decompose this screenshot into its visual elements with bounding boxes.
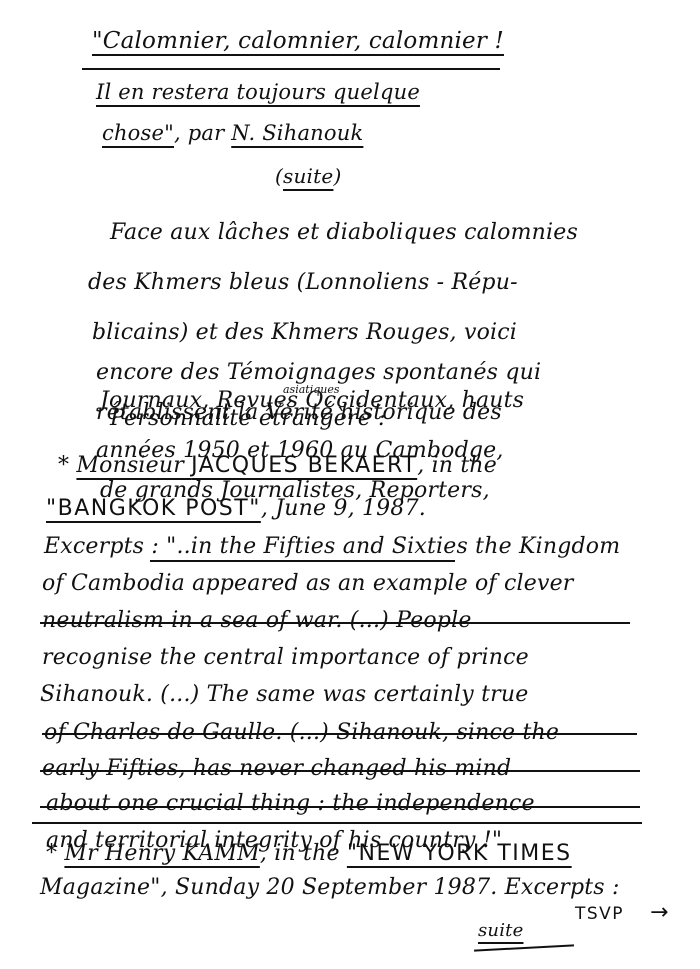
entry1-excerpt-line: of Cambodia appeared as an example of cl…	[42, 573, 574, 595]
signature-underline	[474, 944, 574, 951]
entry1-excerpt-line-1: Excerpts : "..in the Fifties and Sixties…	[44, 536, 620, 558]
entry1-excerpt-line: about one crucial thing : the independen…	[46, 793, 535, 815]
entry2-magazine: Magazine"	[40, 875, 161, 900]
excerpts-label: Excerpts :	[44, 534, 159, 559]
intro-line: blicains) et des Khmers Rouges, voici	[92, 322, 517, 344]
underline	[40, 806, 640, 808]
intro-line: des Khmers bleus (Lonnoliens - Répu-	[88, 272, 518, 294]
title-line-3: chose", par N. Sihanouk	[102, 123, 363, 144]
entry1-excerpt-line: recognise the central importance of prin…	[42, 647, 529, 669]
intro-line: Personnalité étrangère :	[110, 408, 386, 430]
title-suite: (suite)	[275, 166, 341, 186]
underline	[32, 822, 642, 824]
entry2-date: , Sunday 20 September 1987. Excerpts :	[161, 875, 620, 900]
entry1-publication-line: "BANGKOK POST", June 9, 1987.	[46, 498, 426, 520]
entry1-publication: "BANGKOK POST"	[46, 496, 261, 521]
title-underline	[82, 68, 500, 70]
title-by: , par	[174, 121, 231, 145]
entry1-excerpt-line: Sihanouk. (...) The same was certainly t…	[40, 684, 528, 706]
underline	[40, 770, 640, 772]
title-line-1: "Calomnier, calomnier, calomnier !	[92, 30, 504, 53]
intro-line: encore des Témoignages spontanés qui	[96, 362, 541, 384]
suite-signature: suite	[478, 922, 523, 940]
entry2-publication: "NEW YORK TIMES	[347, 841, 572, 866]
entry1-date: , June 9, 1987.	[261, 496, 426, 521]
entry2-name: Mr Henry KAMM	[64, 841, 259, 866]
arrow-right-icon: →	[650, 900, 668, 925]
intro-line: Face aux lâches et diaboliques calomnies	[110, 222, 578, 244]
entry1-excerpt-line: early Fifties, has never changed his min…	[42, 758, 511, 780]
underline	[42, 733, 637, 735]
handwritten-page: "Calomnier, calomnier, calomnier ! Il en…	[0, 0, 700, 969]
title-quote-end: chose"	[102, 121, 174, 145]
entry1-name: Monsieur JACQUES BEKAERT	[76, 453, 417, 478]
entry2-header: * Mr Henry KAMM, in the "NEW YORK TIMES	[46, 843, 572, 865]
entry1-header: * Monsieur JACQUES BEKAERT, in the	[58, 455, 497, 477]
tsvp-label: TSVP	[575, 906, 624, 923]
entry1-excerpt-line: neutralism in a sea of war. (...) People	[42, 610, 472, 632]
bullet-asterisk: *	[46, 841, 57, 866]
bullet-asterisk: *	[58, 453, 69, 478]
title-line-2: Il en restera toujours quelque	[96, 82, 420, 103]
title-author: N. Sihanouk	[231, 121, 363, 145]
underline	[40, 622, 630, 624]
entry2-line-2: Magazine", Sunday 20 September 1987. Exc…	[40, 877, 620, 899]
underline	[150, 560, 455, 562]
